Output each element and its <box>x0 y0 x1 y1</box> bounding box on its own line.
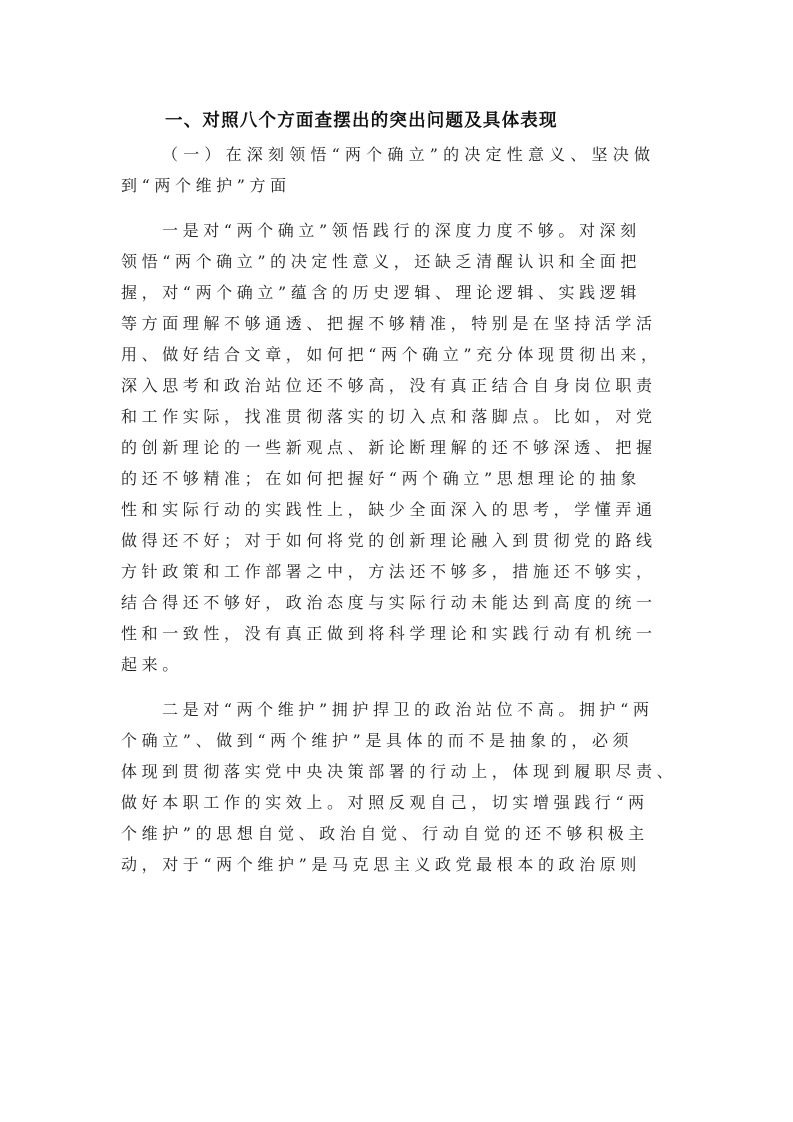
paragraph-1-line: 方针政策和工作部署之中，方法还不够多，措施还不够实， <box>121 562 681 582</box>
subheading-line-1: （一）在深刻领悟“两个确立”的决定性意义、坚决做 <box>162 145 722 165</box>
paragraph-1-line: 性和一致性，没有真正做到将科学理论和实践行动有机统一 <box>121 624 681 644</box>
paragraph-1-line: 一是对“两个确立”领悟践行的深度力度不够。对深刻 <box>162 221 722 241</box>
paragraph-2-line: 个维护”的思想自觉、政治自觉、行动自觉的还不够积极主 <box>121 824 681 844</box>
subheading-line-2: 到“两个维护”方面 <box>121 176 681 196</box>
paragraph-2-line: 动，对于“两个维护”是马克思主义政党最根本的政治原则 <box>121 855 681 875</box>
paragraph-2-line: 体现到贯彻落实党中央决策部署的行动上，体现到履职尽责、 <box>121 762 681 782</box>
paragraph-1-line: 的创新理论的一些新观点、新论断理解的还不够深透、把握 <box>121 438 681 458</box>
section-heading: 一、对照八个方面查摆出的突出问题及具体表现 <box>165 107 558 132</box>
paragraph-1-line: 性和实际行动的实践性上，缺少全面深入的思考，学懂弄通 <box>121 500 681 520</box>
paragraph-2-line: 个确立”、做到“两个维护”是具体的而不是抽象的，必须 <box>121 731 681 751</box>
paragraph-2-line: 做好本职工作的实效上。对照反观自己，切实增强践行“两 <box>121 793 681 813</box>
paragraph-2-line: 二是对“两个维护”拥护捍卫的政治站位不高。拥护“两 <box>162 700 722 720</box>
paragraph-1-line: 起来。 <box>121 655 681 675</box>
paragraph-1-line: 结合得还不够好，政治态度与实际行动未能达到高度的统一 <box>121 593 681 613</box>
paragraph-1-line: 领悟“两个确立”的决定性意义，还缺乏清醒认识和全面把 <box>121 252 681 272</box>
paragraph-1-line: 握，对“两个确立”蕴含的历史逻辑、理论逻辑、实践逻辑 <box>121 283 681 303</box>
paragraph-1-line: 做得还不好；对于如何将党的创新理论融入到贯彻党的路线 <box>121 531 681 551</box>
paragraph-1-line: 深入思考和政治站位还不够高，没有真正结合自身岗位职责 <box>121 376 681 396</box>
paragraph-1-line: 和工作实际，找准贯彻落实的切入点和落脚点。比如，对党 <box>121 407 681 427</box>
document-page: 一、对照八个方面查摆出的突出问题及具体表现 （一）在深刻领悟“两个确立”的决定性… <box>0 0 793 1122</box>
paragraph-1-line: 的还不够精准；在如何把握好“两个确立”思想理论的抽象 <box>121 469 681 489</box>
paragraph-1-line: 等方面理解不够通透、把握不够精准，特别是在坚持活学活 <box>121 314 681 334</box>
paragraph-1-line: 用、做好结合文章，如何把“两个确立”充分体现贯彻出来， <box>121 345 681 365</box>
